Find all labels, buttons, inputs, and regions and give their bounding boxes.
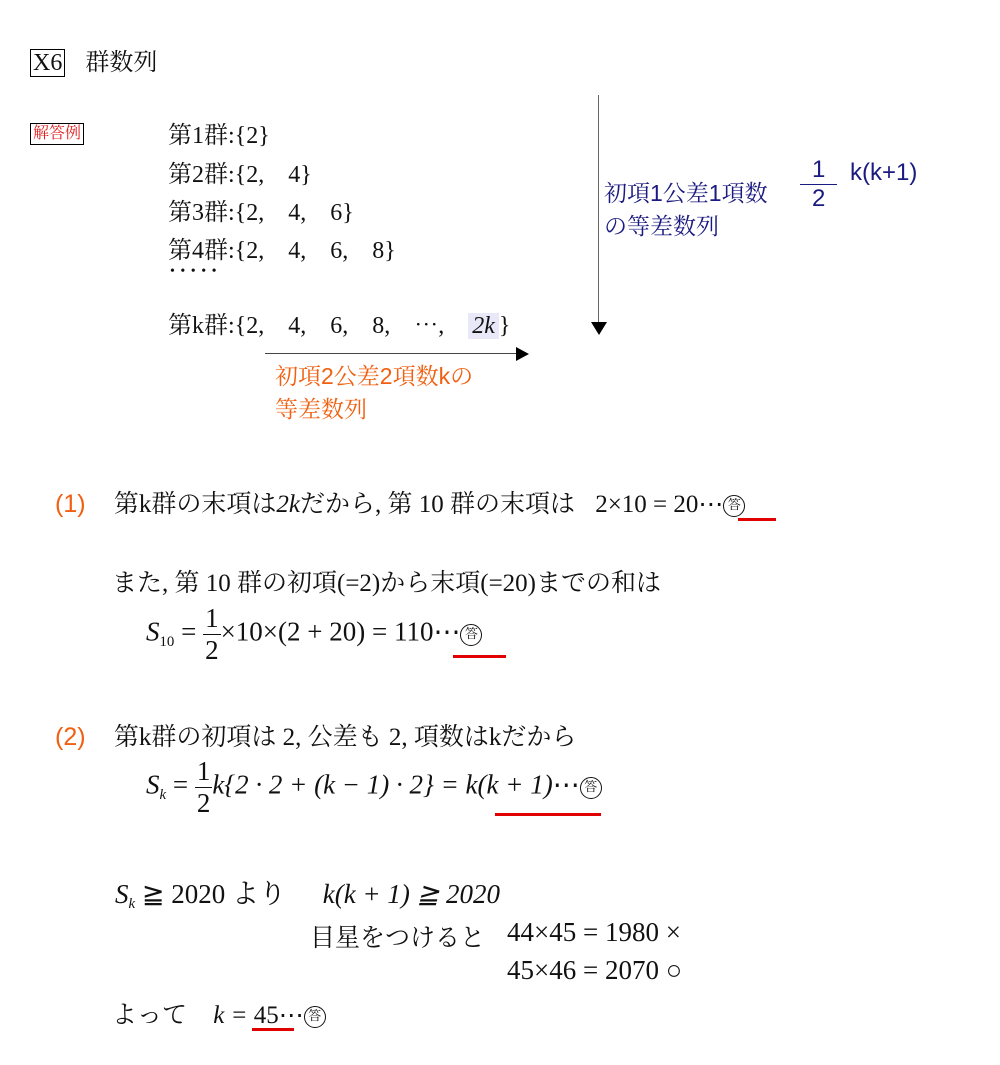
answer-mark-icon: 答: [723, 495, 745, 517]
group-label: 第4群:: [168, 238, 235, 264]
group-label: 第2群:: [168, 162, 235, 188]
ellipsis: ⋯: [433, 617, 460, 647]
group-label: 第k群:: [168, 313, 235, 339]
text: だから, 第 10 群の末項は: [300, 491, 575, 518]
part-label: (2): [55, 723, 86, 751]
text: よって: [112, 1002, 187, 1029]
answer-mark-icon: 答: [304, 1006, 326, 1028]
vertical-note: 初項1公差1項数 の等差数列: [604, 177, 768, 243]
text: 第k群の初項は 2, 公差も 2, 項数はkだから: [114, 724, 577, 751]
math-symbol: S: [146, 770, 160, 800]
equals: =: [174, 617, 203, 647]
problem-header: X6 群数列: [30, 42, 157, 77]
answer-value: 110: [394, 617, 434, 647]
answer-underline: [738, 518, 776, 521]
equals: =: [166, 770, 195, 800]
answer-value: 45: [254, 1002, 279, 1029]
vertical-note-line2: の等差数列: [604, 210, 768, 243]
vertical-arrow: [598, 95, 599, 325]
inequality: k(k + 1) ≧ 2020: [323, 879, 500, 909]
answer-mark-icon: 答: [460, 624, 482, 646]
estimate: 45×46 = 2070 ○: [507, 955, 682, 985]
part1-line1: (1) 第k群の末項は2kだから, 第 10 群の末項は 2×10 = 20⋯答: [55, 484, 745, 520]
problem-number: X6: [30, 49, 65, 77]
estimate-label: 目星をつけると: [310, 918, 485, 954]
conclusion-line: よって k = 45⋯答: [112, 995, 326, 1031]
group-content: {2, 4, 6, 8}: [235, 238, 396, 264]
horizontal-note-line2: 等差数列: [275, 393, 473, 426]
horizontal-arrow: [265, 353, 518, 354]
fraction: 12: [203, 605, 221, 664]
group-content: {2, 4, 6, 8, ⋯,: [235, 313, 469, 339]
ellipsis: ⋯: [553, 770, 580, 800]
part2-line1: (2) 第k群の初項は 2, 公差も 2, 項数はkだから: [55, 717, 576, 753]
closing-brace: }: [499, 313, 511, 339]
ellipsis: ⋯: [698, 491, 723, 518]
expression: ×10×(2 + 20) =: [221, 617, 394, 647]
group-content: {2, 4, 6}: [235, 200, 354, 226]
vertical-formula: 1 2 k(k+1): [800, 158, 917, 211]
group-content: {2, 4}: [235, 162, 312, 188]
arrow-head-right-icon: [516, 347, 529, 361]
answer-underline: [252, 1028, 294, 1031]
estimate-row-2: 45×46 = 2070 ○: [507, 955, 682, 986]
math-expr: 2k: [276, 491, 300, 518]
inequality-line: Sk ≧ 2020 より k(k + 1) ≧ 2020: [115, 872, 500, 913]
ellipsis-row: • • • • •: [170, 264, 218, 280]
expression: k{2 · 2 + (k − 1) · 2} =: [212, 770, 465, 800]
math-symbol: S: [115, 879, 129, 909]
text: 第k群の末項は: [114, 491, 277, 518]
horizontal-note: 初項2公差2項数kの 等差数列: [275, 360, 473, 426]
math-symbol: S: [146, 617, 160, 647]
group-label: 第3群:: [168, 200, 235, 226]
horizontal-note-line1: 初項2公差2項数kの: [275, 360, 473, 393]
part-label: (1): [55, 490, 86, 518]
answer-underline: [453, 655, 506, 658]
subscript: 10: [160, 634, 175, 650]
fraction-numerator: 1: [800, 158, 837, 185]
part1-line2: また, 第 10 群の初項(=2)から末項(=20)までの和は: [112, 563, 661, 599]
fraction: 1 2: [800, 158, 837, 211]
fraction-denominator: 2: [195, 788, 213, 817]
estimate-row-1: 44×45 = 1980 ×: [507, 917, 681, 948]
group-content: {2}: [235, 123, 270, 149]
group-row: 第1群:{2}: [168, 115, 270, 150]
text: 目星をつけると: [310, 925, 485, 952]
calculation: 2×10 =: [595, 491, 673, 518]
answer-underline: [495, 813, 601, 816]
text: ≧ 2020 より: [135, 879, 286, 909]
ellipsis: ⋯: [279, 1002, 304, 1029]
answer-mark-icon: 答: [580, 777, 602, 799]
page-title: 群数列: [85, 49, 157, 76]
group-label: 第1群:: [168, 123, 235, 149]
math-expr: k =: [213, 1002, 253, 1029]
group-row-k: 第k群:{2, 4, 6, 8, ⋯, 2k}: [168, 305, 510, 340]
group-row: 第3群:{2, 4, 6}: [168, 192, 354, 227]
arrow-head-down-icon: [591, 322, 607, 335]
group-row: 第2群:{2, 4}: [168, 154, 312, 189]
group-row: 第4群:{2, 4, 6, 8}: [168, 230, 396, 265]
answer-value: 20: [673, 491, 698, 518]
vertical-note-line1: 初項1公差1項数: [604, 177, 768, 210]
answer-badge: 解答例: [30, 123, 84, 145]
ellipsis-dots: • • • • •: [170, 264, 218, 279]
vertical-expression: k(k+1): [850, 159, 917, 186]
fraction: 12: [195, 758, 213, 817]
answer-value: k(k + 1): [466, 770, 553, 800]
estimate: 44×45 = 1980 ×: [507, 917, 681, 947]
text: また, 第 10 群の初項(=2)から末項(=20)までの和は: [112, 570, 661, 597]
last-term-highlight: 2k: [468, 313, 499, 339]
part2-sum: Sk = 12k{2 · 2 + (k − 1) · 2} = k(k + 1)…: [146, 758, 602, 817]
fraction-denominator: 2: [800, 185, 837, 211]
fraction-numerator: 1: [203, 605, 221, 635]
part1-sum: S10 = 12×10×(2 + 20) = 110⋯答: [146, 605, 482, 664]
fraction-denominator: 2: [203, 635, 221, 664]
fraction-numerator: 1: [195, 758, 213, 788]
